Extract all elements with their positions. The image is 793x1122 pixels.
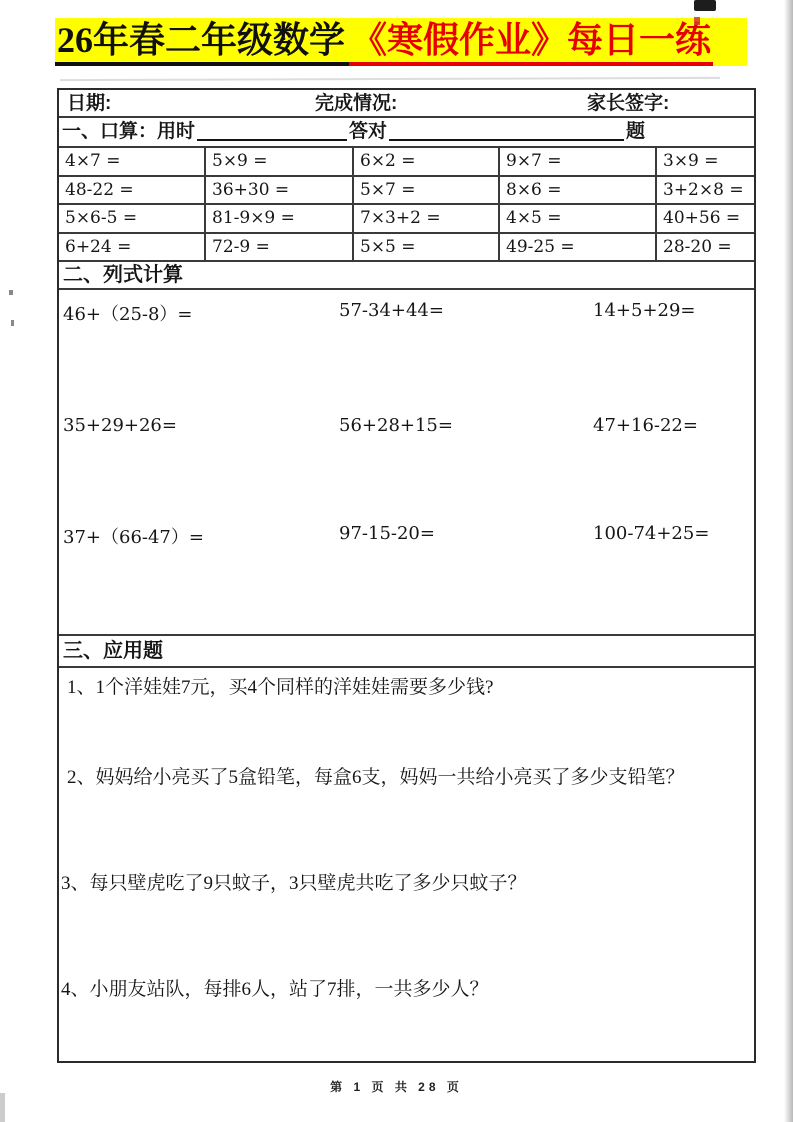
column-calc-expression: 56+28+15= bbox=[339, 415, 453, 436]
section1-heading: 一、口算：用时 bbox=[62, 118, 195, 146]
column-calc-expression: 37+（66-47）= bbox=[63, 523, 204, 549]
oral-calc-cell: 3×9 = bbox=[657, 148, 754, 177]
info-row: 日期: 完成情况: 家长签字: bbox=[59, 90, 754, 118]
column-calc-expression: 57-34+44= bbox=[339, 300, 444, 321]
scan-artifact-speck bbox=[11, 320, 14, 326]
section2-heading: 二、列式计算 bbox=[59, 262, 754, 290]
date-label: 日期: bbox=[67, 90, 111, 117]
oral-calc-grid: 4×7 = 5×9 = 6×2 = 9×7 = 3×9 = 48-22 = 36… bbox=[59, 148, 754, 262]
section2-row: 46+（25-8）= 57-34+44= 14+5+29= bbox=[59, 300, 754, 324]
oral-calc-cell: 5×6-5 = bbox=[59, 205, 206, 234]
word-problem: 3、每只壁虎吃了9只蚊子，3只壁虎共吃了多少只蚊子？ bbox=[61, 868, 748, 895]
scan-artifact-blob bbox=[694, 0, 716, 11]
word-problem: 1、1个洋娃娃7元，买4个同样的洋娃娃需要多少钱? bbox=[67, 672, 748, 699]
oral-calc-cell: 49-25 = bbox=[500, 234, 657, 263]
oral-calc-cell: 6+24 = bbox=[59, 234, 206, 263]
oral-calc-cell: 48-22 = bbox=[59, 177, 206, 206]
worksheet-page: 26年春二年级数学 《寒假作业》每日一练 日期: 完成情况: 家长签字: 一、口… bbox=[0, 0, 793, 1122]
completion-label: 完成情况: bbox=[315, 90, 397, 117]
scan-artifact-speck bbox=[9, 290, 13, 295]
section2-body: 46+（25-8）= 57-34+44= 14+5+29= 35+29+26= … bbox=[59, 290, 754, 636]
oral-calc-cell: 5×5 = bbox=[354, 234, 500, 263]
oral-calc-cell: 5×7 = bbox=[354, 177, 500, 206]
oral-calc-cell: 8×6 = bbox=[500, 177, 657, 206]
oral-calc-cell: 5×9 = bbox=[206, 148, 354, 177]
section2-row: 37+（66-47）= 97-15-20= 100-74+25= bbox=[59, 523, 754, 547]
oral-calc-cell: 40+56 = bbox=[657, 205, 754, 234]
oral-calc-cell: 9×7 = bbox=[500, 148, 657, 177]
column-calc-expression: 35+29+26= bbox=[63, 415, 177, 436]
column-calc-expression: 46+（25-8）= bbox=[63, 300, 193, 326]
questions-unit-label: 题 bbox=[626, 118, 645, 146]
word-problem: 4、小朋友站队，每排6人，站了7排，一共多少人？ bbox=[61, 974, 748, 1001]
oral-calc-cell: 7×3+2 = bbox=[354, 205, 500, 234]
scan-edge-shadow bbox=[784, 0, 793, 1122]
oral-calc-cell: 72-9 = bbox=[206, 234, 354, 263]
worksheet-table: 日期: 完成情况: 家长签字: 一、口算：用时 答对 题 4×7 = 5×9 =… bbox=[57, 88, 756, 1063]
column-calc-expression: 97-15-20= bbox=[339, 523, 435, 544]
section1-header: 一、口算：用时 答对 题 bbox=[59, 118, 754, 148]
word-problem: 2、妈妈给小亮买了5盒铅笔，每盒6支，妈妈一共给小亮买了多少支铅笔？ bbox=[67, 762, 748, 789]
column-calc-expression: 14+5+29= bbox=[593, 300, 696, 321]
oral-calc-cell: 3+2×8 = bbox=[657, 177, 754, 206]
oral-calc-cell: 6×2 = bbox=[354, 148, 500, 177]
section3-heading: 三、应用题 bbox=[59, 636, 754, 668]
signature-label: 家长签字: bbox=[587, 90, 669, 117]
oral-calc-cell: 28-20 = bbox=[657, 234, 754, 263]
oral-calc-cell: 36+30 = bbox=[206, 177, 354, 206]
title-black-text: 26年春二年级数学 bbox=[55, 18, 349, 66]
scan-artifact-smudge bbox=[0, 1093, 5, 1122]
title-banner: 26年春二年级数学 《寒假作业》每日一练 bbox=[55, 18, 747, 66]
scan-artifact-streak bbox=[60, 77, 720, 81]
column-calc-expression: 100-74+25= bbox=[593, 523, 709, 544]
section3-body: 1、1个洋娃娃7元，买4个同样的洋娃娃需要多少钱? 2、妈妈给小亮买了5盒铅笔，… bbox=[59, 668, 754, 1065]
time-blank-field bbox=[197, 121, 347, 141]
oral-calc-cell: 4×7 = bbox=[59, 148, 206, 177]
column-calc-expression: 47+16-22= bbox=[593, 415, 698, 436]
section2-row: 35+29+26= 56+28+15= 47+16-22= bbox=[59, 415, 754, 439]
correct-count-label: 答对 bbox=[349, 118, 387, 146]
page-number: 第 1 页 共 28 页 bbox=[0, 1078, 793, 1095]
oral-calc-cell: 4×5 = bbox=[500, 205, 657, 234]
correct-count-blank-field bbox=[389, 121, 624, 141]
oral-calc-cell: 81-9×9 = bbox=[206, 205, 354, 234]
title-red-text: 《寒假作业》每日一练 bbox=[349, 18, 713, 66]
